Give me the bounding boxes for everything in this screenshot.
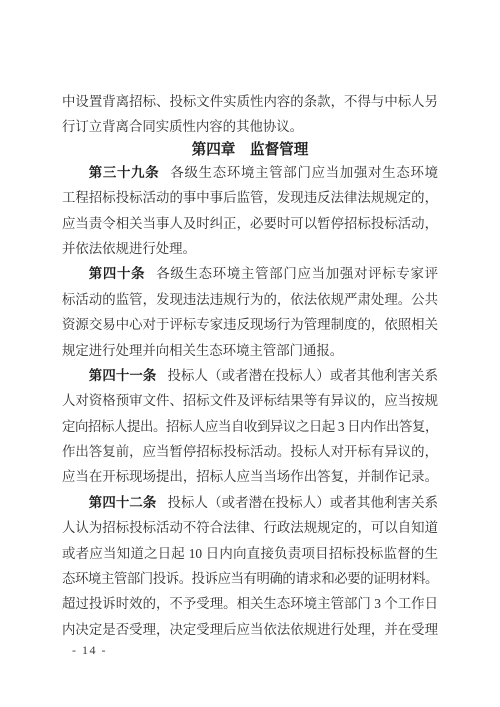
text-line: 并依法依规进行处理。 — [62, 236, 438, 261]
article-number: 第四十条 — [89, 266, 146, 281]
text-line: 规定进行处理并向相关生态环境主管部门通报。 — [62, 338, 438, 363]
text-line: 作出答复前，应当暂停招标投标活动。投标人对开标有异议的， — [62, 439, 438, 464]
chapter-heading: 第四章 监督管理 — [62, 140, 438, 160]
text-line: 超过投诉时效的，不予受理。相关生态环境主管部门 3 个工作日 — [62, 591, 438, 616]
text-line: 定向招标人提出。招标人应当自收到异议之日起 3 日内作出答复， — [62, 414, 438, 439]
text-line: 态环境主管部门投诉。投诉应当有明确的请求和必要的证明材料。 — [62, 566, 438, 591]
text-line: 中设置背离招标、投标文件实质性内容的条款，不得与中标人另 — [62, 89, 438, 114]
article-number: 第三十九条 — [89, 165, 160, 180]
article-lead-line: 第四十条各级生态环境主管部门应当加强对评标专家评 — [62, 261, 438, 286]
document-page: 中设置背离招标、投标文件实质性内容的条款，不得与中标人另行订立背离合同实质性内容… — [0, 0, 500, 707]
article-lead-line: 第四十一条投标人（或者潜在投标人）或者其他利害关系 — [62, 363, 438, 388]
text-line: 或者应当知道之日起 10 日内向直接负责项目招标投标监督的生 — [62, 541, 438, 566]
article-text: 各级生态环境主管部门应当加强对评标专家评 — [156, 266, 438, 281]
page-footer: - 14 - — [62, 642, 438, 657]
article-lead-line: 第三十九条各级生态环境主管部门应当加强对生态环境 — [62, 160, 438, 185]
text-line: 应当责令相关当事人及时纠正，必要时可以暂停招标投标活动， — [62, 211, 438, 236]
text-line: 行订立背离合同实质性内容的其他协议。 — [62, 114, 438, 139]
text-line: 标活动的监管，发现违法违规行为的，依法依规严肃处理。公共 — [62, 287, 438, 312]
article-lead-line: 第四十二条投标人（或者潜在投标人）或者其他利害关系 — [62, 490, 438, 515]
page-number: - 14 - — [72, 643, 438, 657]
article-text: 各级生态环境主管部门应当加强对生态环境 — [170, 165, 438, 180]
article-text: 投标人（或者潜在投标人）或者其他利害关系 — [167, 495, 438, 510]
article-text: 投标人（或者潜在投标人）或者其他利害关系 — [167, 368, 438, 383]
text-line: 人对资格预审文件、招标文件及评标结果等有异议的，应当按规 — [62, 388, 438, 413]
text-line: 内决定是否受理，决定受理后应当依法依规进行处理，并在受理 — [62, 617, 438, 642]
article-number: 第四十一条 — [89, 368, 157, 383]
document-body: 中设置背离招标、投标文件实质性内容的条款，不得与中标人另行订立背离合同实质性内容… — [62, 89, 438, 642]
text-line: 人认为招标投标活动不符合法律、行政法规规定的，可以自知道 — [62, 515, 438, 540]
text-line: 资源交易中心对于评标专家违反现场行为管理制度的，依照相关 — [62, 312, 438, 337]
text-line: 应当在开标现场提出，招标人应当当场作出答复，并制作记录。 — [62, 464, 438, 489]
text-line: 工程招标投标活动的事中事后监管，发现违反法律法规规定的， — [62, 185, 438, 210]
article-number: 第四十二条 — [89, 495, 157, 510]
